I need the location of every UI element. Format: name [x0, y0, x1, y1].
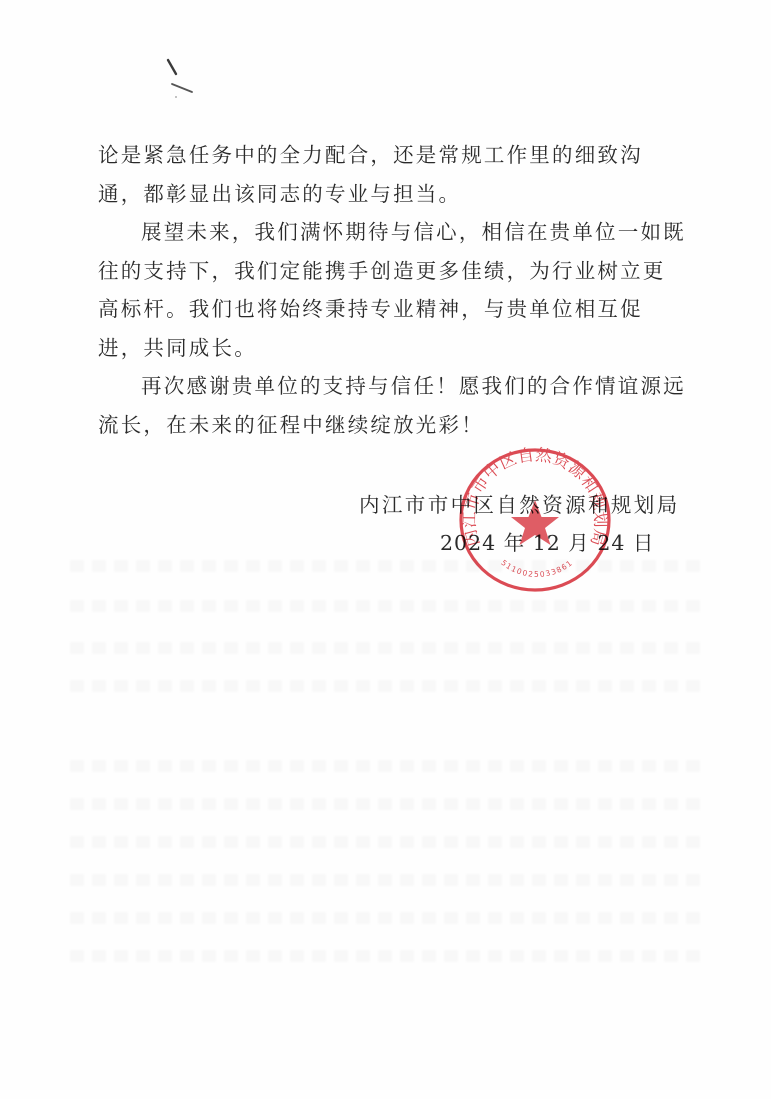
faded-bleed-line — [70, 798, 701, 810]
faded-bleed-line — [70, 950, 701, 962]
faded-bleed-line — [70, 912, 701, 924]
official-seal-stamp: 内江市市中区自然资源和规划局 5110025033861 — [455, 446, 615, 594]
faded-bleed-line — [70, 680, 701, 692]
stamp-star-icon — [511, 500, 559, 545]
faded-bleed-line — [70, 874, 701, 886]
faded-bleed-line — [70, 836, 701, 848]
letter-body: 论是紧急任务中的全力配合，还是常规工作里的细致沟通，都彰显出该同志的专业与担当。… — [98, 136, 688, 444]
faded-bleed-line — [70, 642, 701, 654]
paragraph-closing-thanks: 再次感谢贵单位的支持与信任！愿我们的合作情谊源远流长，在未来的征程中继续绽放光彩… — [98, 367, 688, 444]
scan-artifact-mark — [160, 52, 220, 102]
document-page: 论是紧急任务中的全力配合，还是常规工作里的细致沟通，都彰显出该同志的专业与担当。… — [0, 0, 771, 1099]
faded-bleed-line — [70, 600, 701, 612]
paragraph-outlook: 展望未来，我们满怀期待与信心，相信在贵单位一如既往的支持下，我们定能携手创造更多… — [98, 213, 688, 367]
paragraph-continuation: 论是紧急任务中的全力配合，还是常规工作里的细致沟通，都彰显出该同志的专业与担当。 — [98, 136, 688, 213]
stamp-serial-number: 5110025033861 — [499, 558, 574, 579]
faded-bleed-line — [70, 760, 701, 772]
